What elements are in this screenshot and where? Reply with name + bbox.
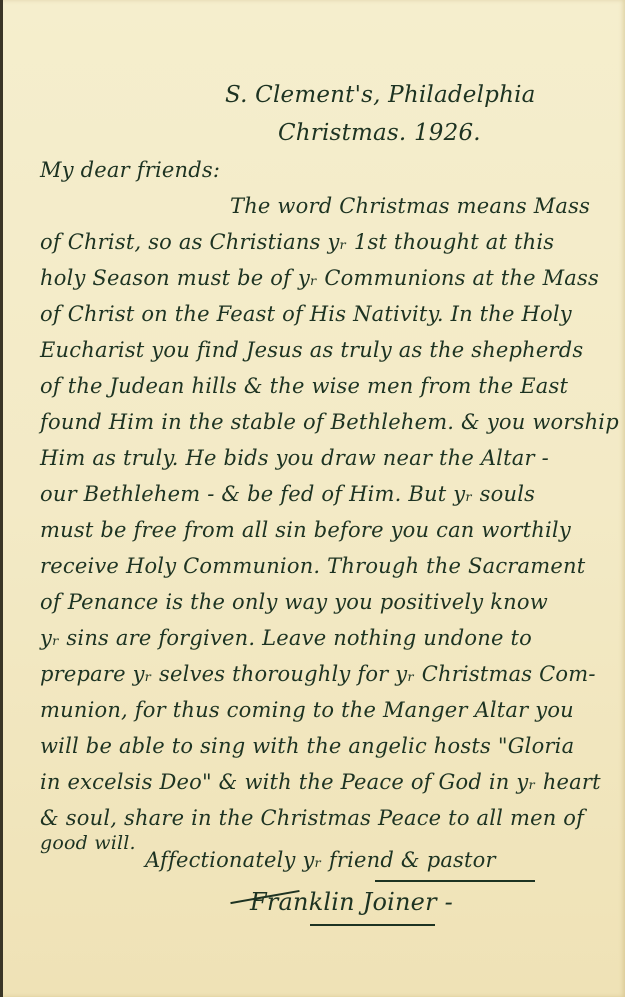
closing: Affectionately yᵣ friend & pastor <box>145 848 496 872</box>
body-line: prepare yᵣ selves thoroughly for yᵣ Chri… <box>40 662 596 686</box>
body-line: in excelsis Deo" & with the Peace of God… <box>40 770 601 794</box>
letter-page: S. Clement's, Philadelphia Christmas. 19… <box>0 0 625 997</box>
body-line: of Christ on the Feast of His Nativity. … <box>40 302 572 326</box>
closing-underline <box>375 880 535 882</box>
salutation: My dear friends: <box>40 158 220 182</box>
body-line: will be able to sing with the angelic ho… <box>40 734 574 758</box>
body-line: of Christ, so as Christians yᵣ 1st thoug… <box>40 230 554 254</box>
body-line: of Penance is the only way you positivel… <box>40 590 548 614</box>
body-line: yᵣ sins are forgiven. Leave nothing undo… <box>40 626 532 650</box>
body-line: The word Christmas means Mass <box>230 194 590 218</box>
body-line: Him as truly. He bids you draw near the … <box>40 446 549 470</box>
body-line: of the Judean hills & the wise men from … <box>40 374 568 398</box>
body-line: munion, for thus coming to the Manger Al… <box>40 698 574 722</box>
body-line: Eucharist you find Jesus as truly as the… <box>40 338 583 362</box>
body-line: good will. <box>40 832 136 854</box>
body-line: receive Holy Communion. Through the Sacr… <box>40 554 585 578</box>
body-line: our Bethlehem - & be fed of Him. But yᵣ … <box>40 482 535 506</box>
body-line: found Him in the stable of Bethlehem. & … <box>40 410 619 434</box>
letter-date: Christmas. 1926. <box>278 120 481 146</box>
body-line: holy Season must be of yᵣ Communions at … <box>40 266 599 290</box>
signature-underline <box>310 924 435 926</box>
body-line: must be free from all sin before you can… <box>40 518 571 542</box>
body-line: & soul, share in the Christmas Peace to … <box>40 806 584 830</box>
letter-place: S. Clement's, Philadelphia <box>225 82 536 108</box>
